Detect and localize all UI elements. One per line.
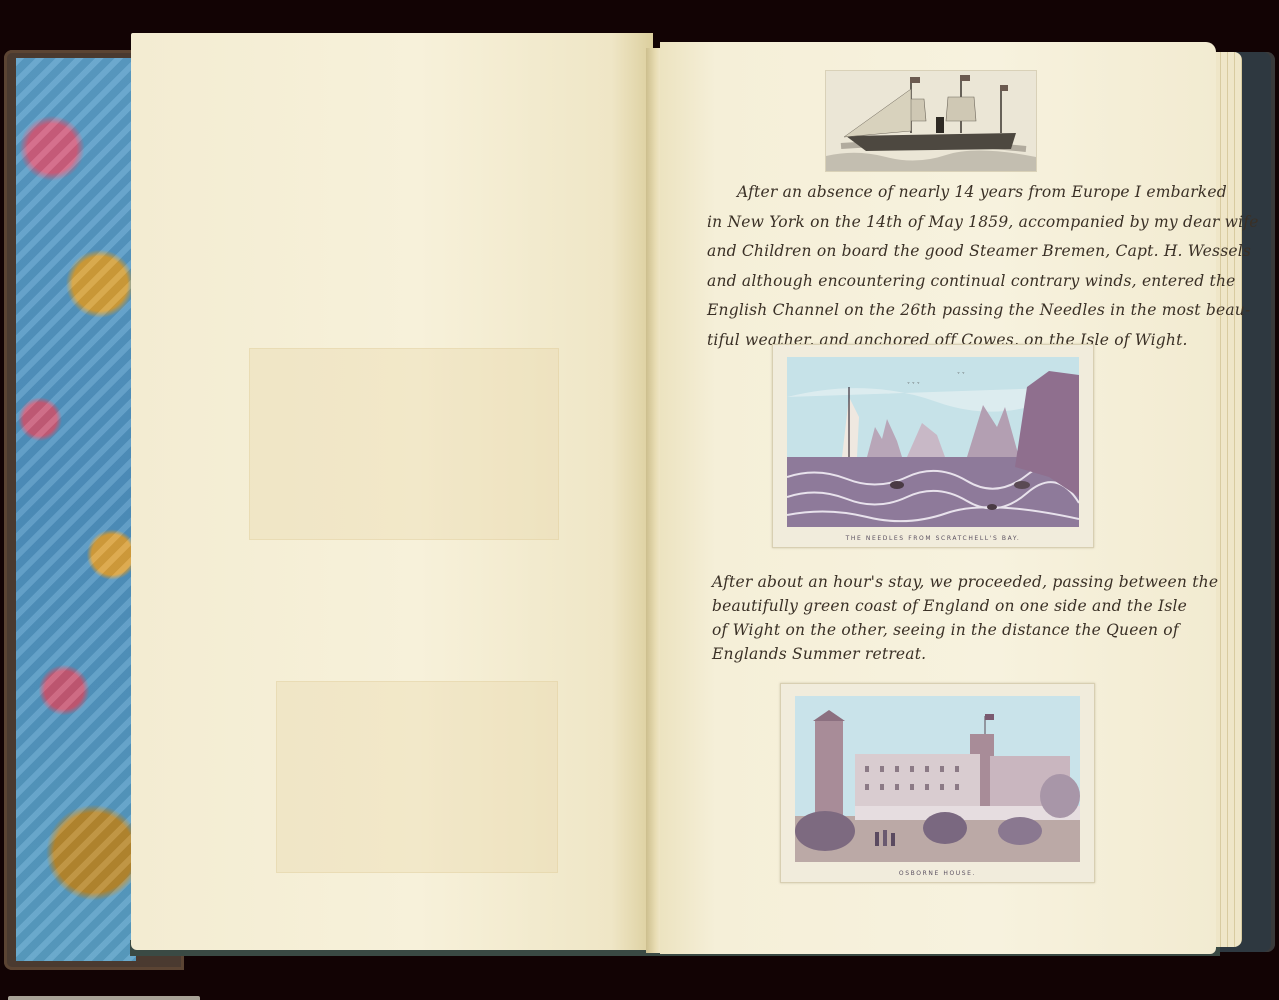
osborne-house-print: OSBORNE HOUSE. <box>780 683 1095 883</box>
text-line: After about an hour's stay, we proceeded… <box>712 570 1218 594</box>
handwritten-paragraph-1: After an absence of nearly 14 years from… <box>707 178 1259 355</box>
text-line: After an absence of nearly 14 years from… <box>707 178 1259 208</box>
ship-engraving <box>825 70 1037 172</box>
svg-text:˅ ˅: ˅ ˅ <box>957 372 965 379</box>
handwritten-paragraph-2: After about an hour's stay, we proceeded… <box>712 570 1218 666</box>
text-line: in New York on the 14th of May 1859, acc… <box>707 208 1259 238</box>
needles-print: ˅ ˅ ˅ ˅ ˅ THE NEEDLES FROM SCRATCHELL'S … <box>772 344 1094 548</box>
osborne-house-caption: OSBORNE HOUSE. <box>781 870 1094 877</box>
text-line: of Wight on the other, seeing in the dis… <box>712 618 1218 642</box>
ghost-image-bottom <box>276 681 558 873</box>
marbled-endpaper <box>16 58 136 961</box>
needles-illustration: ˅ ˅ ˅ ˅ ˅ <box>787 357 1079 527</box>
osborne-house-illustration <box>795 696 1080 862</box>
text-line: beautifully green coast of England on on… <box>712 594 1218 618</box>
left-page <box>131 33 653 950</box>
text-line: English Channel on the 26th passing the … <box>707 296 1259 326</box>
text-line: Englands Summer retreat. <box>712 642 1218 666</box>
needles-caption: THE NEEDLES FROM SCRATCHELL'S BAY. <box>773 535 1093 542</box>
ghost-image-top <box>249 348 559 540</box>
svg-text:˅ ˅ ˅: ˅ ˅ ˅ <box>907 382 920 389</box>
scanner-edge-bar <box>8 996 200 1000</box>
text-line: and Children on board the good Steamer B… <box>707 237 1259 267</box>
steamship-icon <box>826 71 1036 171</box>
text-line: and although encountering continual cont… <box>707 267 1259 297</box>
open-scrapbook: After an absence of nearly 14 years from… <box>0 0 1279 1000</box>
